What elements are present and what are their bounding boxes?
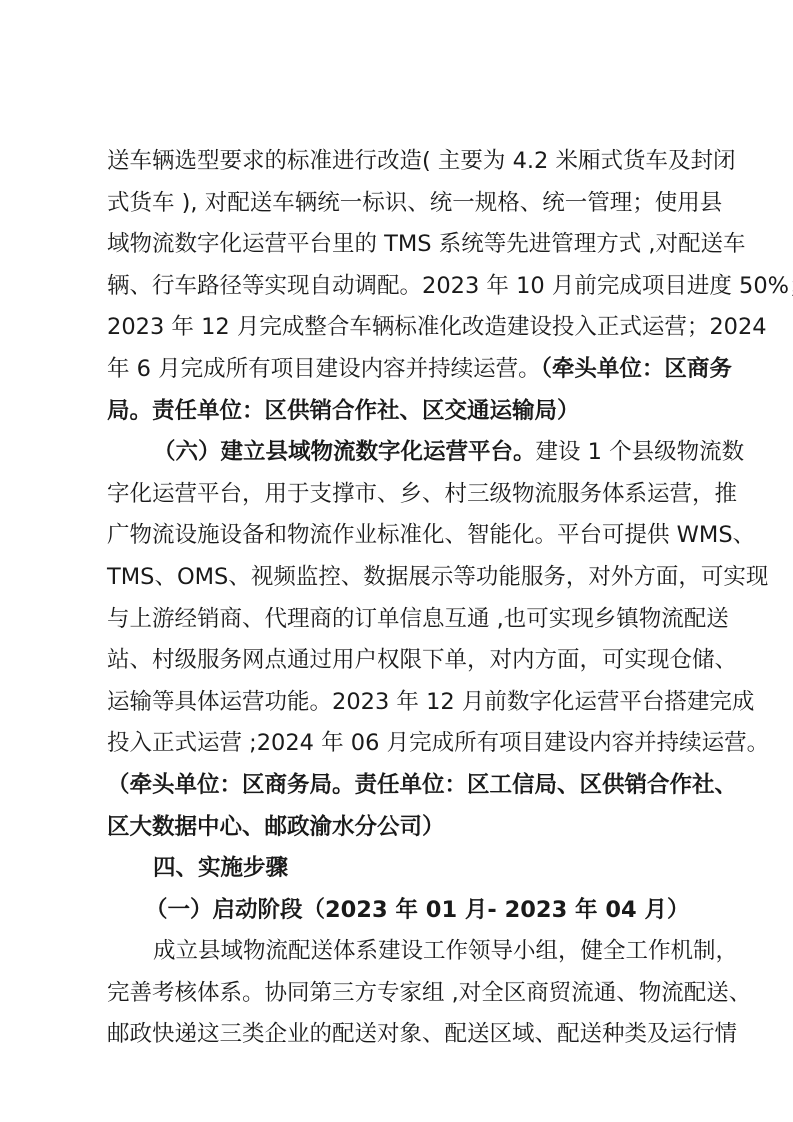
responsible-unit-text: 局。责任单位：区供销合作社、区交通运输局） xyxy=(107,391,697,433)
text-line: 域物流数字化运营平台里的 TMS 系统等先进管理方式 ,对配送车 xyxy=(107,224,697,266)
text-line-mixed: （六）建立县域物流数字化运营平台。建设 1 个县级物流数 xyxy=(107,432,697,474)
text-line: 邮政快递这三类企业的配送对象、配送区域、配送种类及运行情 xyxy=(107,1014,697,1056)
responsible-unit-text: （牵头单位：区商务 xyxy=(541,356,732,382)
document-page: 送车辆选型要求的标准进行改造( 主要为 4.2 米厢式货车及封闭 式货车 ), … xyxy=(107,141,697,1056)
responsible-unit-text: （牵头单位：区商务局。责任单位：区工信局、区供销合作社、 xyxy=(107,765,697,807)
text-line: 投入正式运营 ;2024 年 06 月完成所有项目建设内容并持续运营。 xyxy=(107,723,697,765)
section-heading: 四、实施步骤 xyxy=(107,848,697,890)
text-run: 建设 1 个县级物流数 xyxy=(536,439,745,465)
text-line: 成立县域物流配送体系建设工作领导小组，健全工作机制， xyxy=(107,931,697,973)
text-line: 广物流设施设备和物流作业标准化、智能化。平台可提供 WMS、 xyxy=(107,515,697,557)
text-line: 辆、行车路径等实现自动调配。2023 年 10 月前完成项目进度 50%； xyxy=(107,266,697,308)
text-line: 完善考核体系。协同第三方专家组 ,对全区商贸流通、物流配送、 xyxy=(107,973,697,1015)
responsible-unit-text: 区大数据中心、邮政渝水分公司） xyxy=(107,807,697,849)
text-run: 年 6 月完成所有项目建设内容并持续运营。 xyxy=(107,356,541,382)
text-line-mixed: 年 6 月完成所有项目建设内容并持续运营。（牵头单位：区商务 xyxy=(107,349,697,391)
text-line: 与上游经销商、代理商的订单信息互通 ,也可实现乡镇物流配送 xyxy=(107,599,697,641)
text-line: 2023 年 12 月完成整合车辆标准化改造建设投入正式运营；2024 xyxy=(107,307,697,349)
text-line: TMS、OMS、视频监控、数据展示等功能服务，对外方面，可实现 xyxy=(107,557,697,599)
text-line: 运输等具体运营功能。2023 年 12 月前数字化运营平台搭建完成 xyxy=(107,682,697,724)
subsection-heading: （一）启动阶段（2023 年 01 月- 2023 年 04 月） xyxy=(107,890,697,932)
subsection-heading: （六）建立县域物流数字化运营平台。 xyxy=(153,439,536,465)
text-line: 送车辆选型要求的标准进行改造( 主要为 4.2 米厢式货车及封闭 xyxy=(107,141,697,183)
text-line: 站、村级服务网点通过用户权限下单，对内方面，可实现仓储、 xyxy=(107,640,697,682)
text-line: 式货车 ), 对配送车辆统一标识、统一规格、统一管理；使用县 xyxy=(107,183,697,225)
text-line: 字化运营平台，用于支撑市、乡、村三级物流服务体系运营，推 xyxy=(107,474,697,516)
